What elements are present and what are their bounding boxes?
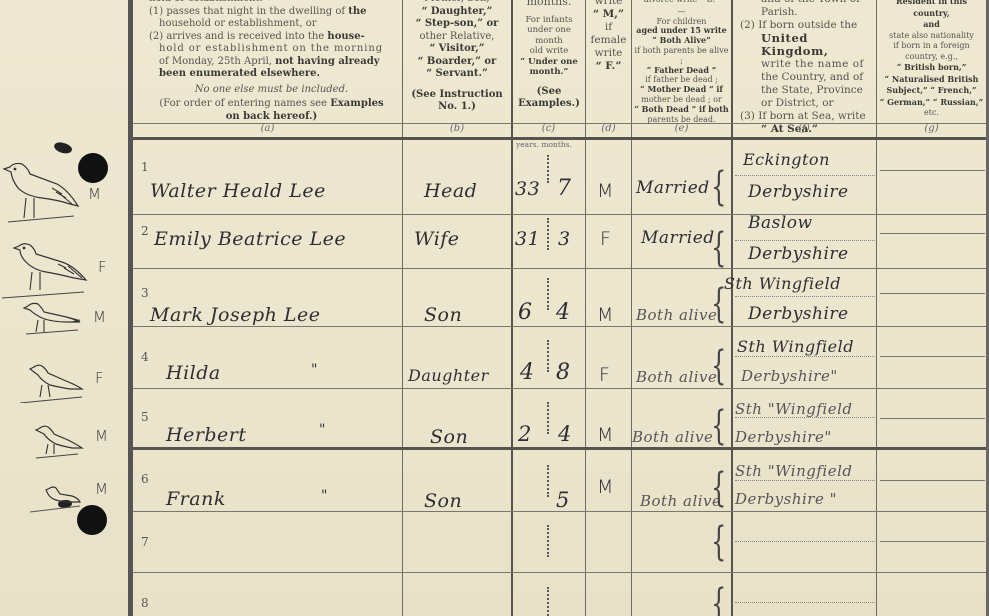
age-separator [547,278,549,310]
col-b-letter: (b) [403,123,511,134]
row-line-thick [133,447,986,450]
bird-icon [30,484,82,514]
birthplace-line-2[interactable]: Derbyshire " [735,490,837,508]
nationality-subline [880,418,985,419]
col-d-letter: (d) [586,123,631,134]
age-months-cell[interactable]: 4 [558,422,572,446]
age-years-cell[interactable]: 4 [520,360,535,385]
birthplace-line-1[interactable]: Eckington [743,150,830,169]
ditto-mark: " [321,488,328,504]
nationality-subline [880,541,985,542]
col-f-letter: (f) [732,123,876,134]
age-months-cell[interactable]: 4 [556,300,571,325]
age-months-cell[interactable]: 5 [556,488,570,512]
name-cell[interactable]: Hilda [166,362,221,384]
birthplace-subline [735,541,875,542]
col-g-letter: (g) [877,123,986,134]
nationality-subline [880,356,985,357]
birthplace-subline [735,480,875,481]
marital-cell[interactable]: Both alive [632,428,713,446]
age-months-cell[interactable]: 3 [558,228,571,250]
birthplace-subline [735,356,875,357]
ditto-mark: " [311,362,318,378]
sex-cell[interactable]: M [597,304,614,326]
birthplace-line-2[interactable]: Derbyshire [748,182,849,202]
relationship-cell[interactable]: Daughter [408,366,489,385]
birthplace-subline [735,296,875,297]
row-line [133,268,986,269]
row-number: 3 [141,286,149,300]
bird-icon [22,300,82,336]
age-months-cell[interactable]: 8 [556,360,571,385]
marital-cell[interactable]: Both alive [640,492,721,510]
row-number: 2 [141,224,149,238]
col-f-header: and of the Town or Parish. (2) If born o… [740,0,875,136]
name-cell[interactable]: Herbert [166,424,247,446]
birthplace-line-1[interactable]: Sth Wingfield [737,337,854,356]
age-separator [547,587,549,616]
sex-cell[interactable]: F [599,364,610,386]
age-years-cell[interactable]: 33 [515,178,540,200]
row-number: 6 [141,472,149,486]
age-years-cell[interactable]: 6 [518,300,533,325]
bird-sex-label: M [93,308,106,326]
bird-sex-label: F [98,258,107,276]
row-line [133,214,986,215]
marital-cell[interactable]: Both alive [636,368,717,386]
age-separator [547,218,549,250]
age-separator [547,525,549,557]
bird-sex-label: M [88,185,101,203]
relationship-cell[interactable]: Son [424,304,462,326]
bird-sex-label: F [95,369,104,387]
bird-icon [34,424,84,460]
col-e-header: divorce write “ D.” — For children aged … [632,0,731,124]
col-c-letter: (c) [512,123,585,134]
bird-sex-label: M [95,427,108,445]
bird-sex-label: M [95,480,108,498]
brace: { [711,468,726,508]
relationship-cell[interactable]: Wife [414,228,460,250]
birthplace-line-1[interactable]: Sth "Wingfield [735,462,852,480]
row-line [133,572,986,573]
relationship-cell[interactable]: Head [424,180,477,202]
sex-cell[interactable]: M [597,180,614,202]
relationship-cell[interactable]: Son [424,490,462,512]
birthplace-line-2[interactable]: Derbyshire" [741,367,838,385]
row-number: 4 [141,350,149,364]
col-divider-e-f [731,0,733,616]
name-cell[interactable]: Frank [166,488,226,510]
marital-cell[interactable]: Married [641,228,715,248]
row-number: 5 [141,410,149,424]
name-cell[interactable]: Mark Joseph Lee [150,304,321,326]
birthplace-subline [735,240,875,241]
birthplace-line-2[interactable]: Derbyshire" [735,428,832,446]
nationality-subline [880,170,985,171]
nationality-subline [880,293,985,294]
age-years-cell[interactable]: 31 [515,228,540,250]
birthplace-line-2[interactable]: Derbyshire [748,244,849,264]
brace: { [711,522,726,562]
col-a-header: hold or establishment:— (1) passes that … [149,0,394,123]
nationality-subline [880,233,985,234]
birthplace-subline [735,602,875,603]
col-b-header: Mother, Son, “ Daughter,” “ Step-son,” o… [404,0,510,114]
col-c-header: months. For infants under one month old … [513,0,585,111]
age-separator [547,402,549,434]
sex-cell[interactable]: F [600,228,611,250]
sex-cell[interactable]: M [597,476,614,498]
col-divider-a-b [402,0,403,616]
nationality-subline [880,480,985,481]
col-a-letter: (a) [133,123,402,134]
age-separator [547,155,549,183]
marital-cell[interactable]: Married [636,178,710,198]
row-number: 1 [141,160,149,174]
age-separator [547,340,549,372]
brace: { [711,228,726,268]
col-d-header: write “ M,” if female write “ F.” [586,0,631,73]
brace: { [711,406,726,446]
col-divider-c-d [585,0,586,616]
col-e-letter: (e) [632,123,731,134]
brace: { [711,167,726,207]
bird-icon [2,240,88,300]
birthplace-line-1[interactable]: Sth "Wingfield [735,400,852,418]
name-cell[interactable]: Walter Heald Lee [150,180,326,202]
name-cell[interactable]: Emily Beatrice Lee [154,228,346,250]
birthplace-line-1[interactable]: Baslow [748,213,813,233]
row-number: 7 [141,535,149,549]
row-line [133,388,986,389]
age-months-cell[interactable]: 7 [557,176,572,201]
row-number: 8 [141,596,149,610]
row-line [133,326,986,327]
marital-cell[interactable]: Both alive [636,306,717,324]
census-page: M F M F M [0,0,989,616]
ditto-mark: " [319,422,326,438]
birthplace-line-2[interactable]: Derbyshire [748,304,849,324]
brace: { [711,346,726,386]
col-g-header: Resident in this country, and state also… [877,0,986,119]
table-left-border [128,0,133,616]
age-years-cell[interactable]: 2 [518,422,532,446]
age-separator [547,465,549,497]
relationship-cell[interactable]: Son [430,426,468,448]
brace: { [711,584,726,616]
birthplace-line-1[interactable]: Sth Wingfield [724,274,841,293]
bird-icon [20,363,84,403]
punch-hole-top [78,153,108,183]
sex-cell[interactable]: M [597,424,614,446]
birthplace-subline [735,175,875,176]
bird-icon [2,160,82,224]
age-subheader: years. months. [516,140,572,149]
ink-smudge [53,140,73,156]
left-margin: M F M F M [0,0,128,616]
